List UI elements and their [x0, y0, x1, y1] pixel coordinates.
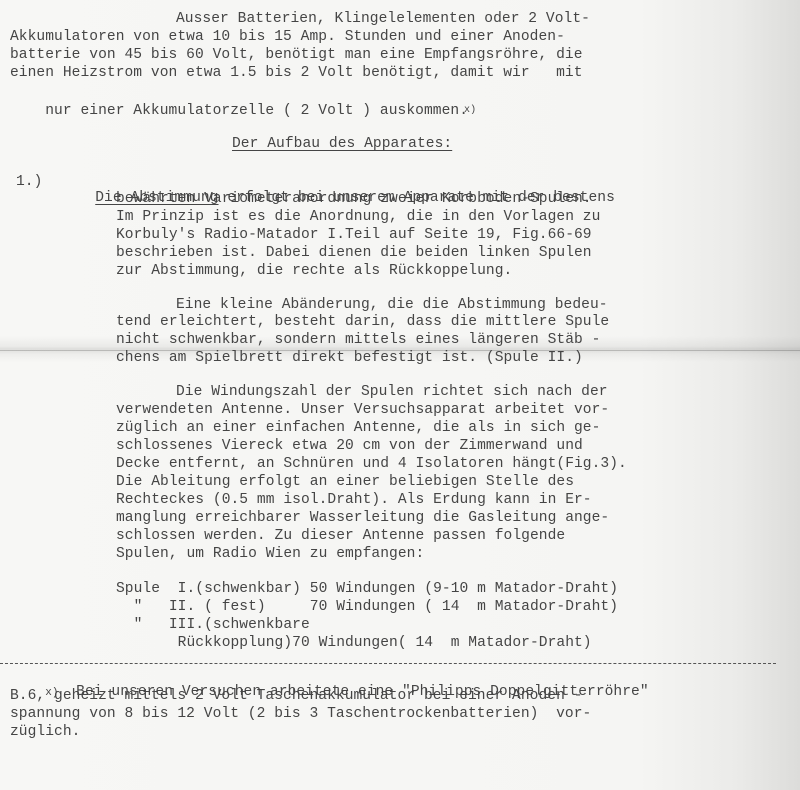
coil-table-row: " II. ( fest) 70 Windungen ( 14 m Matado… [116, 599, 618, 615]
paragraph-3-line: schlossenes Viereck etwa 20 cm von der Z… [116, 438, 583, 454]
intro-line: Ausser Batterien, Klingelelementen oder … [176, 11, 590, 27]
typewritten-page: Ausser Batterien, Klingelelementen oder … [0, 0, 800, 790]
intro-line-text: nur einer Akkumulatorzelle ( 2 Volt ) au… [45, 103, 468, 119]
coil-table-row: Spule I.(schwenkbar) 50 Windungen (9-10 … [116, 581, 618, 597]
paragraph-3-line: Spulen, um Radio Wien zu empfangen: [116, 546, 424, 562]
intro-line: Akkumulatoren von etwa 10 bis 15 Amp. St… [10, 29, 565, 45]
coil-table-row: " III.(schwenkbare [116, 617, 310, 633]
footnote-reference: x) [464, 105, 476, 116]
paragraph-3-line: Rechteckes (0.5 mm isol.Draht). Als Erdu… [116, 492, 592, 508]
paragraph-3-line: Die Ableitung erfolgt an einer beliebige… [116, 474, 574, 490]
footnote-separator [0, 663, 776, 664]
paragraph-2-line: chens am Spielbrett direkt befestigt ist… [116, 350, 583, 366]
footnote-line: B.6, geheizt mittels 2 Volt Taschenakkum… [10, 688, 583, 704]
footnote-line: spannung von 8 bis 12 Volt (2 bis 3 Tasc… [10, 706, 591, 722]
paragraph-3-line: züglich an einer einfachen Antenne, die … [116, 420, 600, 436]
paragraph-3-line: Decke entfernt, an Schnüren und 4 Isolat… [116, 456, 627, 472]
intro-line: einen Heizstrom von etwa 1.5 bis 2 Volt … [10, 65, 583, 81]
section-1-line: Im Prinzip ist es die Anordnung, die in … [116, 209, 600, 225]
section-1-line: bewährten Variometeranordnung zweier Kor… [116, 191, 592, 207]
section-1-number: 1.) [16, 174, 42, 190]
paragraph-3-line: verwendeten Antenne. Unser Versuchsappar… [116, 402, 609, 418]
paragraph-3-line: manglung erreichbarer Wasserleitung die … [116, 510, 609, 526]
section-heading: Der Aufbau des Apparates: [232, 136, 452, 152]
paragraph-3-line: schlossen werden. Zu dieser Antenne pass… [116, 528, 565, 544]
section-1-line: beschrieben ist. Dabei dienen die beiden… [116, 245, 592, 261]
footnote-line: züglich. [10, 724, 80, 740]
coil-table-row: Rückkopplung)70 Windungen( 14 m Matador-… [116, 635, 592, 651]
paragraph-2-line: tend erleichtert, besteht darin, dass di… [116, 314, 609, 330]
intro-line: nur einer Akkumulatorzelle ( 2 Volt ) au… [10, 83, 480, 135]
intro-line: batterie von 45 bis 60 Volt, benötigt ma… [10, 47, 583, 63]
paragraph-2-line: Eine kleine Abänderung, die die Abstimmu… [176, 297, 608, 313]
paragraph-2-line: nicht schwenkbar, sondern mittels eines … [116, 332, 600, 348]
section-1-line: Korbuly's Radio-Matador I.Teil auf Seite… [116, 227, 592, 243]
section-1-line: zur Abstimmung, die rechte als Rückkoppe… [116, 263, 512, 279]
paragraph-3-line: Die Windungszahl der Spulen richtet sich… [176, 384, 608, 400]
